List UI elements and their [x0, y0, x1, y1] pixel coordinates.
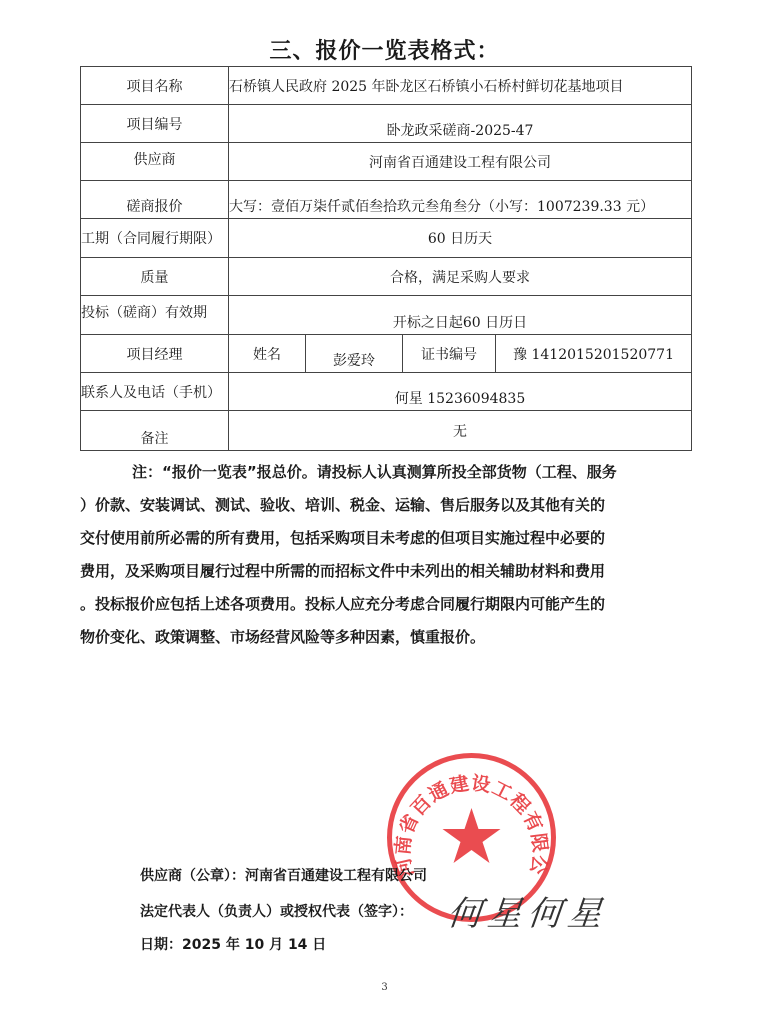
row-label: 供应商: [81, 143, 229, 181]
table-row-quality: 质量 合格，满足采购人要求: [81, 258, 692, 296]
note-line: 费用，及采购项目履行过程中所需的而招标文件中未列出的相关辅助材料和费用: [80, 555, 691, 588]
row-label: 备注: [81, 411, 229, 451]
table-row-duration: 工期（合同履行期限） 60 日历天: [81, 219, 692, 258]
cert-label: 证书编号: [403, 335, 496, 373]
table-row-contact: 联系人及电话（手机） 何星 15236094835: [81, 373, 692, 411]
table-row-project-number: 项目编号 卧龙政采磋商-2025-47: [81, 105, 692, 143]
page-number: 3: [0, 982, 769, 993]
row-label: 联系人及电话（手机）: [81, 373, 229, 411]
table-row-project-manager: 项目经理 姓名 彭爱玲 证书编号 豫 1412015201520771: [81, 335, 692, 373]
row-label: 磋商报价: [81, 181, 229, 219]
row-label: 项目经理: [81, 335, 229, 373]
row-label: 工期（合同履行期限）: [81, 219, 229, 258]
cert-value: 豫 1412015201520771: [496, 335, 692, 373]
table-row-project-name: 项目名称 石桥镇人民政府 2025 年卧龙区石桥镇小石桥村鲜切花基地项目: [81, 67, 692, 105]
note-line: 物价变化、政策调整、市场经营风险等多种因素，慎重报价。: [80, 621, 691, 654]
pricing-note: 注：“报价一览表”报总价。请投标人认真测算所投全部货物（工程、服务 ）价款、安装…: [80, 456, 691, 654]
row-value: 合格，满足采购人要求: [229, 258, 692, 296]
row-value: 何星 15236094835: [229, 373, 692, 411]
table-row-validity: 投标（磋商）有效期 开标之日起60 日历日: [81, 296, 692, 335]
note-line: 。投标报价应包括上述各项费用。投标人应充分考虑合同履行期限内可能产生的: [80, 588, 691, 621]
note-line: ）价款、安装调试、测试、验收、培训、税金、运输、售后服务以及其他有关的: [80, 489, 691, 522]
svg-text:河南省百通建设工程有限公司: 河南省百通建设工程有限公司: [384, 750, 551, 879]
row-value: 开标之日起60 日历日: [229, 296, 692, 335]
row-value: 无: [229, 411, 692, 451]
row-label: 投标（磋商）有效期: [81, 296, 229, 335]
row-value: 卧龙政采磋商-2025-47: [229, 105, 692, 143]
row-label: 项目编号: [81, 105, 229, 143]
row-value: 60 日历天: [229, 219, 692, 258]
quote-summary-table: 项目名称 石桥镇人民政府 2025 年卧龙区石桥镇小石桥村鲜切花基地项目 项目编…: [80, 66, 692, 451]
date-line: 日期：2025 年 10 月 14 日: [140, 934, 326, 954]
page-title: 三、报价一览表格式：: [0, 34, 769, 65]
name-label: 姓名: [229, 335, 306, 373]
row-label: 项目名称: [81, 67, 229, 105]
row-label: 质量: [81, 258, 229, 296]
row-value: 大写：壹佰万柒仟贰佰叁拾玖元叁角叁分（小写：1007239.33 元）: [229, 181, 692, 219]
note-line: 注：“报价一览表”报总价。请投标人认真测算所投全部货物（工程、服务: [80, 456, 691, 489]
note-line: 交付使用前所必需的所有费用，包括采购项目未考虑的但项目实施过程中必要的: [80, 522, 691, 555]
row-value: 石桥镇人民政府 2025 年卧龙区石桥镇小石桥村鲜切花基地项目: [229, 67, 692, 105]
representative-sign-line: 法定代表人（负责人）或授权代表（签字）：: [140, 901, 413, 921]
supplier-stamp-line: 供应商（公章）：河南省百通建设工程有限公司: [140, 865, 427, 885]
handwritten-signature: 何星何星: [445, 886, 610, 935]
table-row-remarks: 备注 无: [81, 411, 692, 451]
row-value: 河南省百通建设工程有限公司: [229, 143, 692, 181]
name-value: 彭爱玲: [306, 335, 403, 373]
table-row-supplier: 供应商 河南省百通建设工程有限公司: [81, 143, 692, 181]
table-row-quote: 磋商报价 大写：壹佰万柒仟贰佰叁拾玖元叁角叁分（小写：1007239.33 元）: [81, 181, 692, 219]
